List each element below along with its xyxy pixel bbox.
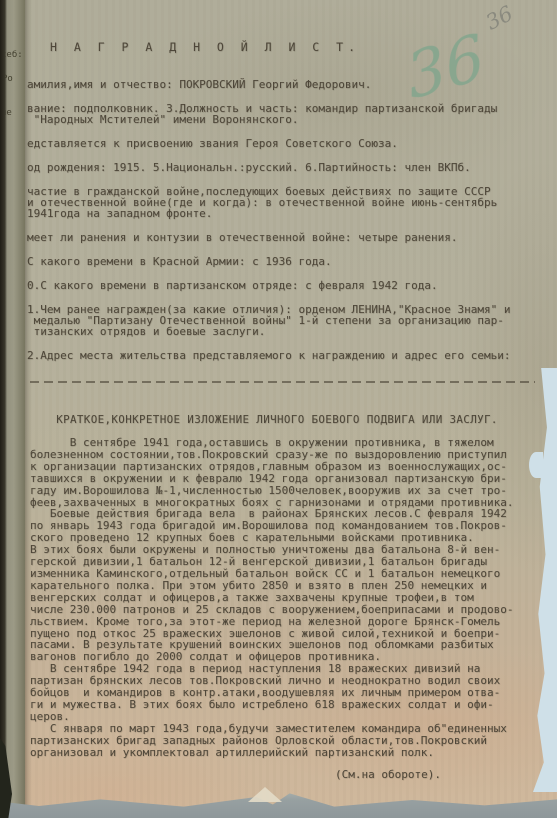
text-block: вание: подполковник. 3.Должность и часть… xyxy=(27,103,549,126)
document-page: 36 36 Н А Г Р А Д Н О Й Л И С Т. амилия,… xyxy=(0,0,557,818)
see-overleaf-note: (См.на обороте). xyxy=(335,768,441,781)
typed-line: организовал и укомплектовал артиллерийск… xyxy=(30,747,551,759)
typed-line: ги и мужества. В этих боях было истребле… xyxy=(30,699,551,711)
scan-left-shadow xyxy=(0,0,7,818)
typed-line: тавшихся в окружении и к февралю 1942 го… xyxy=(30,473,551,485)
typed-line: 2.Адрес места жительства представляемого… xyxy=(27,350,549,361)
typed-line: 0.С какого времени в партизанском отряде… xyxy=(27,280,549,291)
typed-line: числе 230.000 патронов и 25 складов с во… xyxy=(30,604,551,616)
text-block: 1.Чем ранее награжден(за какие отличия):… xyxy=(27,304,549,338)
feat-section-title: КРАТКОЕ,КОНКРЕТНОЕ ИЗЛОЖЕНИЕ ЛИЧНОГО БОЕ… xyxy=(27,413,527,426)
text-block: 2.Адрес места жительства представляемого… xyxy=(27,350,549,361)
typed-line: 1941года на западном фронте. xyxy=(27,208,549,219)
text-block: едставляется к присвоению звания Героя С… xyxy=(27,138,549,149)
sheet-number-pencil: 36 xyxy=(482,1,517,35)
text-block: 0.С какого времени в партизанском отряде… xyxy=(27,280,549,291)
typed-line: партизанских бригад западных районов Орл… xyxy=(30,735,551,747)
text-block: С какого времени в Красной Армии: с 1936… xyxy=(27,256,549,267)
typed-line: льствием. Кроме того,за этот-же период н… xyxy=(30,616,551,628)
typed-line: меет ли ранения и контузии в отечественн… xyxy=(27,232,549,243)
dashed-separator xyxy=(30,381,535,383)
typed-line: едставляется к присвоению звания Героя С… xyxy=(27,138,549,149)
text-block: В сентябре 1942 года в период наступлени… xyxy=(30,663,551,723)
typed-line: од рождения: 1915. 5.Национальн.:русский… xyxy=(27,162,549,173)
text-block: частие в гражданской войне,последующих б… xyxy=(27,186,549,220)
text-block: Боевые действия бригада вела в районах Б… xyxy=(30,508,551,663)
torn-edge-notch xyxy=(529,452,543,478)
typed-line: С января по март 1943 года,будучи замест… xyxy=(30,723,551,735)
scanned-award-sheet: 36 36 Н А Г Р А Д Н О Й Л И С Т. амилия,… xyxy=(0,0,557,818)
form-items-section: амилия,имя и отчество: ПОКРОВСКИЙ Георги… xyxy=(27,79,549,374)
typed-line: карательного полка. При этом убито 2850 … xyxy=(30,580,551,592)
typed-line: тизанских отрядов и боевые заслуги. xyxy=(27,326,549,337)
typed-line: "Народных Мстителей" имени Воронянского. xyxy=(27,114,549,125)
typed-line: С какого времени в Красной Армии: с 1936… xyxy=(27,256,549,267)
text-block: амилия,имя и отчество: ПОКРОВСКИЙ Георги… xyxy=(27,79,549,90)
typed-line: церов. xyxy=(30,711,551,723)
typed-line: венгерских солдат и офицеров,а также зах… xyxy=(30,592,551,604)
typed-line: гаду им.Ворошилова №-1,численностью 1500… xyxy=(30,485,551,497)
text-block: меет ли ранения и контузии в отечественн… xyxy=(27,232,549,243)
feat-description-paragraphs: В сентябре 1941 года,оставшись в окружен… xyxy=(30,437,551,758)
text-block: В сентябре 1941 года,оставшись в окружен… xyxy=(30,437,551,508)
typed-line: амилия,имя и отчество: ПОКРОВСКИЙ Георги… xyxy=(27,79,549,90)
text-block: од рождения: 1915. 5.Национальн.:русский… xyxy=(27,162,549,173)
text-block: С января по март 1943 года,будучи замест… xyxy=(30,723,551,759)
document-title: Н А Г Р А Д Н О Й Л И С Т. xyxy=(30,40,380,54)
typed-line: к организации партизанских отрядов,главн… xyxy=(30,461,551,473)
